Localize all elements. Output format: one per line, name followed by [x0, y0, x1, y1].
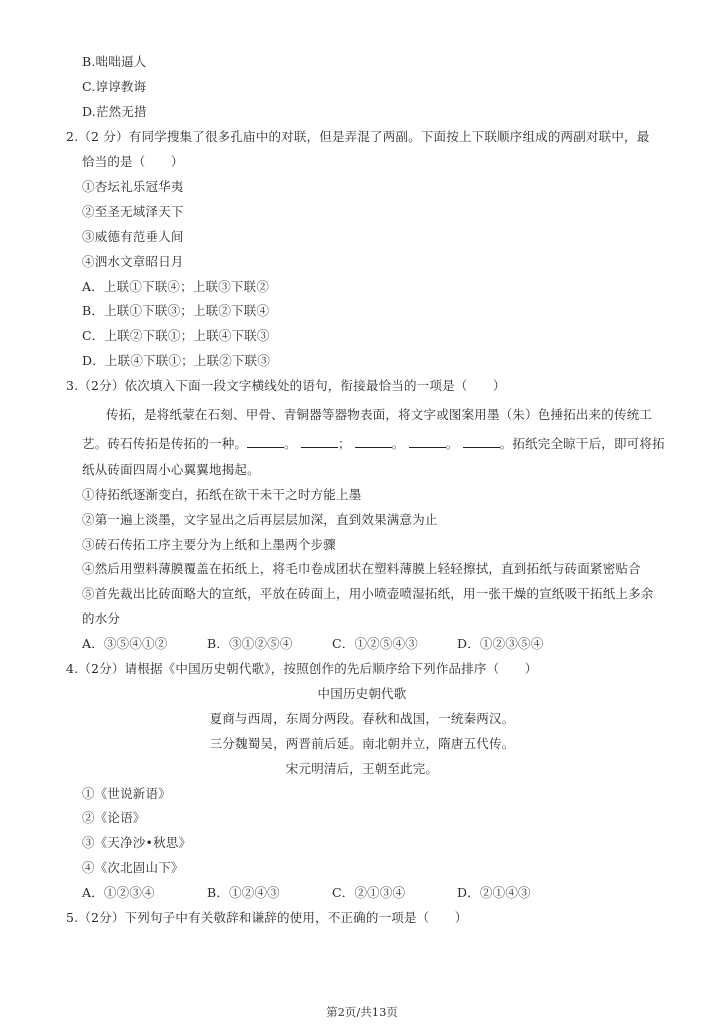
q2-stem: 2.（2 分）有同学搜集了很多孔庙中的对联，但是弄混了两副。下面按上下联顺序组成…: [66, 129, 649, 145]
q2-option-a: A．上联①下联④；上联③下联②: [82, 279, 269, 295]
q2-item-2: ②至圣无域泽天下: [82, 204, 184, 220]
q3-choices: A．③⑤④①②B．③①②⑤④C．①②⑤④③D．①②③⑤④: [82, 636, 582, 652]
q4-choices: A．①②③④B．①②④③C．②①③④D．②①④③: [82, 885, 582, 901]
q3-item-5: ⑤首先裁出比砖面略大的宣纸，平放在砖面上，用小喷壶喷湿拓纸，用一张干燥的宣纸吸干…: [82, 586, 654, 602]
answer-blank-4: [409, 436, 446, 448]
answer-blank-3: [355, 436, 392, 448]
q3-item-3: ③砖石传拓工序主要分为上纸和上墨两个步骤: [82, 537, 336, 553]
q3-item-1: ①待拓纸逐渐变白，拓纸在欲干未干之时方能上墨: [82, 487, 361, 503]
q3-item-5-cont: 的水分: [82, 611, 120, 627]
poem-line-2: 三分魏蜀吴，两晋前后延。南北朝并立，隋唐五代传。: [0, 736, 724, 752]
poem-line-3: 宋元明清后，王朝至此完。: [0, 761, 724, 777]
q4-choice-d: D．②①④③: [457, 885, 582, 901]
q4-item-2: ②《论语》: [82, 810, 146, 826]
q2-option-b: B．上联①下联③；上联②下联④: [82, 303, 269, 319]
page-number: 第2页/共13页: [0, 1004, 724, 1020]
q3-choice-d: D．①②③⑤④: [457, 636, 582, 652]
q2-option-d: D．上联④下联①；上联②下联③: [82, 353, 270, 369]
q3-choice-c: C．①②⑤④③: [332, 636, 457, 652]
q4-item-1: ①《世说新语》: [82, 786, 171, 802]
answer-blank-5: [463, 436, 500, 448]
q3-passage-line1: 传拓，是将纸蒙在石刻、甲骨、青铜器等器物表面，将文字或图案用墨（朱）色捶拓出来的…: [106, 407, 652, 423]
q1-option-d: D.茫然无措: [82, 104, 147, 120]
q3-item-2: ②第一遍上淡墨，文字显出之后再层层加深，直到效果满意为止: [82, 512, 438, 528]
q4-item-4: ④《次北固山下》: [82, 860, 184, 876]
answer-blank-1: [247, 436, 284, 448]
q3-passage-line3: 纸从砖面四周小心翼翼地揭起。: [82, 462, 260, 478]
q2-item-1: ①杏坛礼乐冠华夷: [82, 179, 184, 195]
q3-passage-line2: 艺。砖石传拓是传拓的一种。。 ； 。 。 。拓纸完全晾干后，即可将拓: [82, 436, 665, 452]
q2-item-4: ④泗水文章昭日月: [82, 254, 184, 270]
q2-option-c: C．上联②下联①；上联④下联③: [82, 328, 270, 344]
q1-option-c: C.谆谆教诲: [82, 79, 146, 95]
q4-choice-b: B．①②④③: [207, 885, 332, 901]
q4-stem: 4.（2分）请根据《中国历史朝代歌》，按照创作的先后顺序给下列作品排序（ ）: [66, 661, 537, 677]
q3-stem: 3.（2分）依次填入下面一段文字横线处的语句，衔接最恰当的一项是（ ）: [66, 378, 506, 394]
q5-stem: 5.（2分）下列句子中有关敬辞和谦辞的使用，不正确的一项是（ ）: [66, 910, 467, 926]
q3-item-4: ④然后用塑料薄膜覆盖在拓纸上，将毛巾卷成团状在塑料薄膜上轻轻擦拭，直到拓纸与砖面…: [82, 561, 641, 577]
q2-stem-cont: 恰当的是（ ）: [82, 154, 184, 170]
q3-passage-start: 艺。砖石传拓是传拓的一种。: [82, 436, 247, 451]
poem-line-1: 夏商与西周，东周分两段。春秋和战国，一统秦两汉。: [0, 711, 724, 727]
q3-passage-end: 拓纸完全晾干后，即可将拓: [512, 436, 664, 451]
poem-title: 中国历史朝代歌: [0, 686, 724, 702]
q4-choice-a: A．①②③④: [82, 885, 207, 901]
q3-choice-b: B．③①②⑤④: [207, 636, 332, 652]
q4-choice-c: C．②①③④: [332, 885, 457, 901]
q1-option-b: B.咄咄逼人: [82, 54, 146, 70]
answer-blank-2: [301, 436, 338, 448]
q3-choice-a: A．③⑤④①②: [82, 636, 207, 652]
q4-item-3: ③《天净沙•秋思》: [82, 835, 191, 851]
q2-item-3: ③威德有范垂人间: [82, 229, 184, 245]
